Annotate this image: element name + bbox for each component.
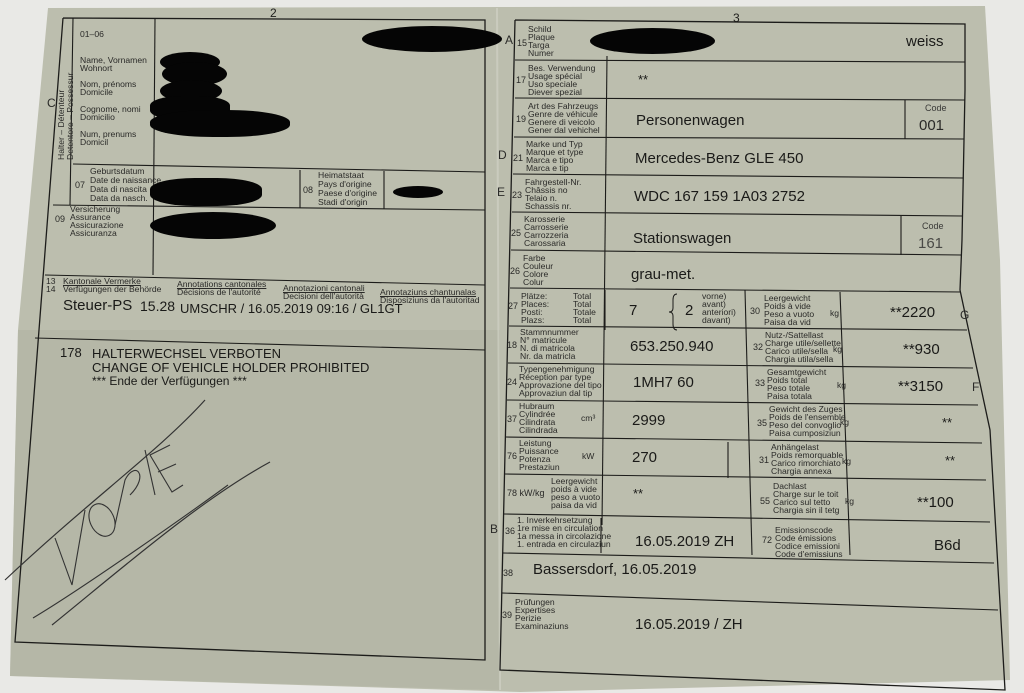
combination-weight-label-rm: Paisa cumposiziun [769,429,841,438]
power-unit: kW [582,452,594,461]
roof-load-value: **100 [917,494,954,511]
body-code-label: Code [922,221,944,231]
seats-front-value: 2 [685,302,693,319]
field-number-38: 38 [503,568,513,578]
chassis-label-rm: Schassis nr. [525,202,571,211]
field-number-32: 32 [753,342,763,352]
field-number-26: 26 [510,266,520,276]
power-label-rm: Prestaziun [519,463,560,472]
section-letter-g: G [960,308,969,322]
field-number-33: 33 [755,378,765,388]
field-number-25: 25 [511,228,521,238]
colour-label-rm: Colur [523,278,544,287]
seats-label-rm: Plazs: [521,316,544,325]
seats-total-value: 7 [629,302,637,319]
colour-value: grau-met. [631,266,695,283]
type-approval-value: 1MH7 60 [633,374,694,391]
power-value: 270 [632,449,657,466]
empty-weight-unit: kg [830,309,839,318]
emission-label-rm: Code d'emissiuns [775,550,843,559]
trailer-load-label-rm: Chargia annexa [771,467,832,476]
field-number-72: 72 [762,535,772,545]
field-number-30: 30 [750,306,760,316]
document-photo: 2 C Halter – Détenteur Detentore – Posse… [0,0,1024,693]
field-number-24: 24 [507,377,517,387]
field-number-21: 21 [513,153,523,163]
total-weight-unit: kg [837,381,846,390]
inspections-value: 16.05.2019 / ZH [635,616,743,633]
field-number-27: 27 [508,301,518,311]
issue-place-date-value: Bassersdorf, 16.05.2019 [533,561,696,578]
chassis-number-value: WDC 167 159 1A03 2752 [634,188,805,205]
field-number-18: 18 [507,340,517,350]
empty-weight-label-rm: Paisa da vid [764,318,811,327]
field-number-37: 37 [507,414,517,424]
total-weight-value: **3150 [898,378,943,395]
first-registration-value: 16.05.2019 ZH [635,533,734,550]
field-number-23: 23 [512,190,522,200]
make-model-value: Mercedes-Benz GLE 450 [635,150,803,167]
power-ratio-label-rm: paisa da vid [551,501,597,510]
section-letter-b: B [490,522,498,536]
field-number-17: 17 [516,75,526,85]
special-use-value: ** [638,72,648,87]
make-label-rm: Marca e tip [526,164,569,173]
seats-total-label-rm: Total [573,316,591,325]
section-letter-a: A [505,33,513,47]
section-letter-e: E [497,185,505,199]
displacement-value: 2999 [632,412,665,429]
vehicle-type-label-rm: Gener dal vehichel [528,126,600,135]
redaction-plate [590,28,715,54]
trailer-load-unit: kg [842,457,851,466]
payload-value: **930 [903,341,940,358]
field-number-39: 39 [502,610,512,620]
field-number-35: 35 [757,418,767,428]
payload-label-rm: Chargia utila/sella [765,355,833,364]
matriculation-value: 653.250.940 [630,338,713,355]
field-number-15: 15 [517,38,527,48]
combination-weight-value: ** [942,415,952,430]
field-number-19: 19 [516,114,526,124]
roof-load-label-rm: Chargia sin il tetg [773,506,839,515]
body-label-rm: Carossaria [524,239,566,248]
plate-label-rm: Numer [528,49,554,58]
total-weight-label-rm: Paisa totala [767,392,812,401]
body-code: 161 [918,235,943,252]
field-number-78: 78 kW/kg [507,488,545,498]
displacement-label-rm: Cilindrada [519,426,558,435]
power-ratio-value: ** [633,486,643,501]
matriculation-label-rm: Nr. da matricla [520,352,575,361]
plate-color-value: weiss [906,33,944,50]
body-type-value: Stationswagen [633,230,731,247]
payload-unit: kg [833,345,842,354]
vehicle-type-value: Personenwagen [636,112,744,129]
inspections-label-rm: Examinaziuns [515,622,569,631]
trailer-load-value: ** [945,453,955,468]
field-number-31: 31 [759,455,769,465]
first-registration-label-rm: 1. entrada en circulaziun [517,540,611,549]
field-number-36: 36 [505,526,515,536]
vehicle-type-code-label: Code [925,103,947,113]
displacement-unit: cm³ [581,414,595,423]
section-letter-d: D [498,148,507,162]
vehicle-type-code: 001 [919,117,944,134]
seats-front-label-rm: davant) [702,316,731,325]
emission-code-value: B6d [934,537,961,554]
empty-weight-value: **2220 [890,304,935,321]
type-approval-label-rm: Approvaziun dal tip [519,389,592,398]
special-use-label-rm: Diever spezial [528,88,582,97]
field-number-55: 55 [760,496,770,506]
roof-load-unit: kg [845,497,854,506]
section-letter-f: F [972,380,979,394]
field-number-76: 76 [507,451,517,461]
combination-weight-unit: kg [840,418,849,427]
